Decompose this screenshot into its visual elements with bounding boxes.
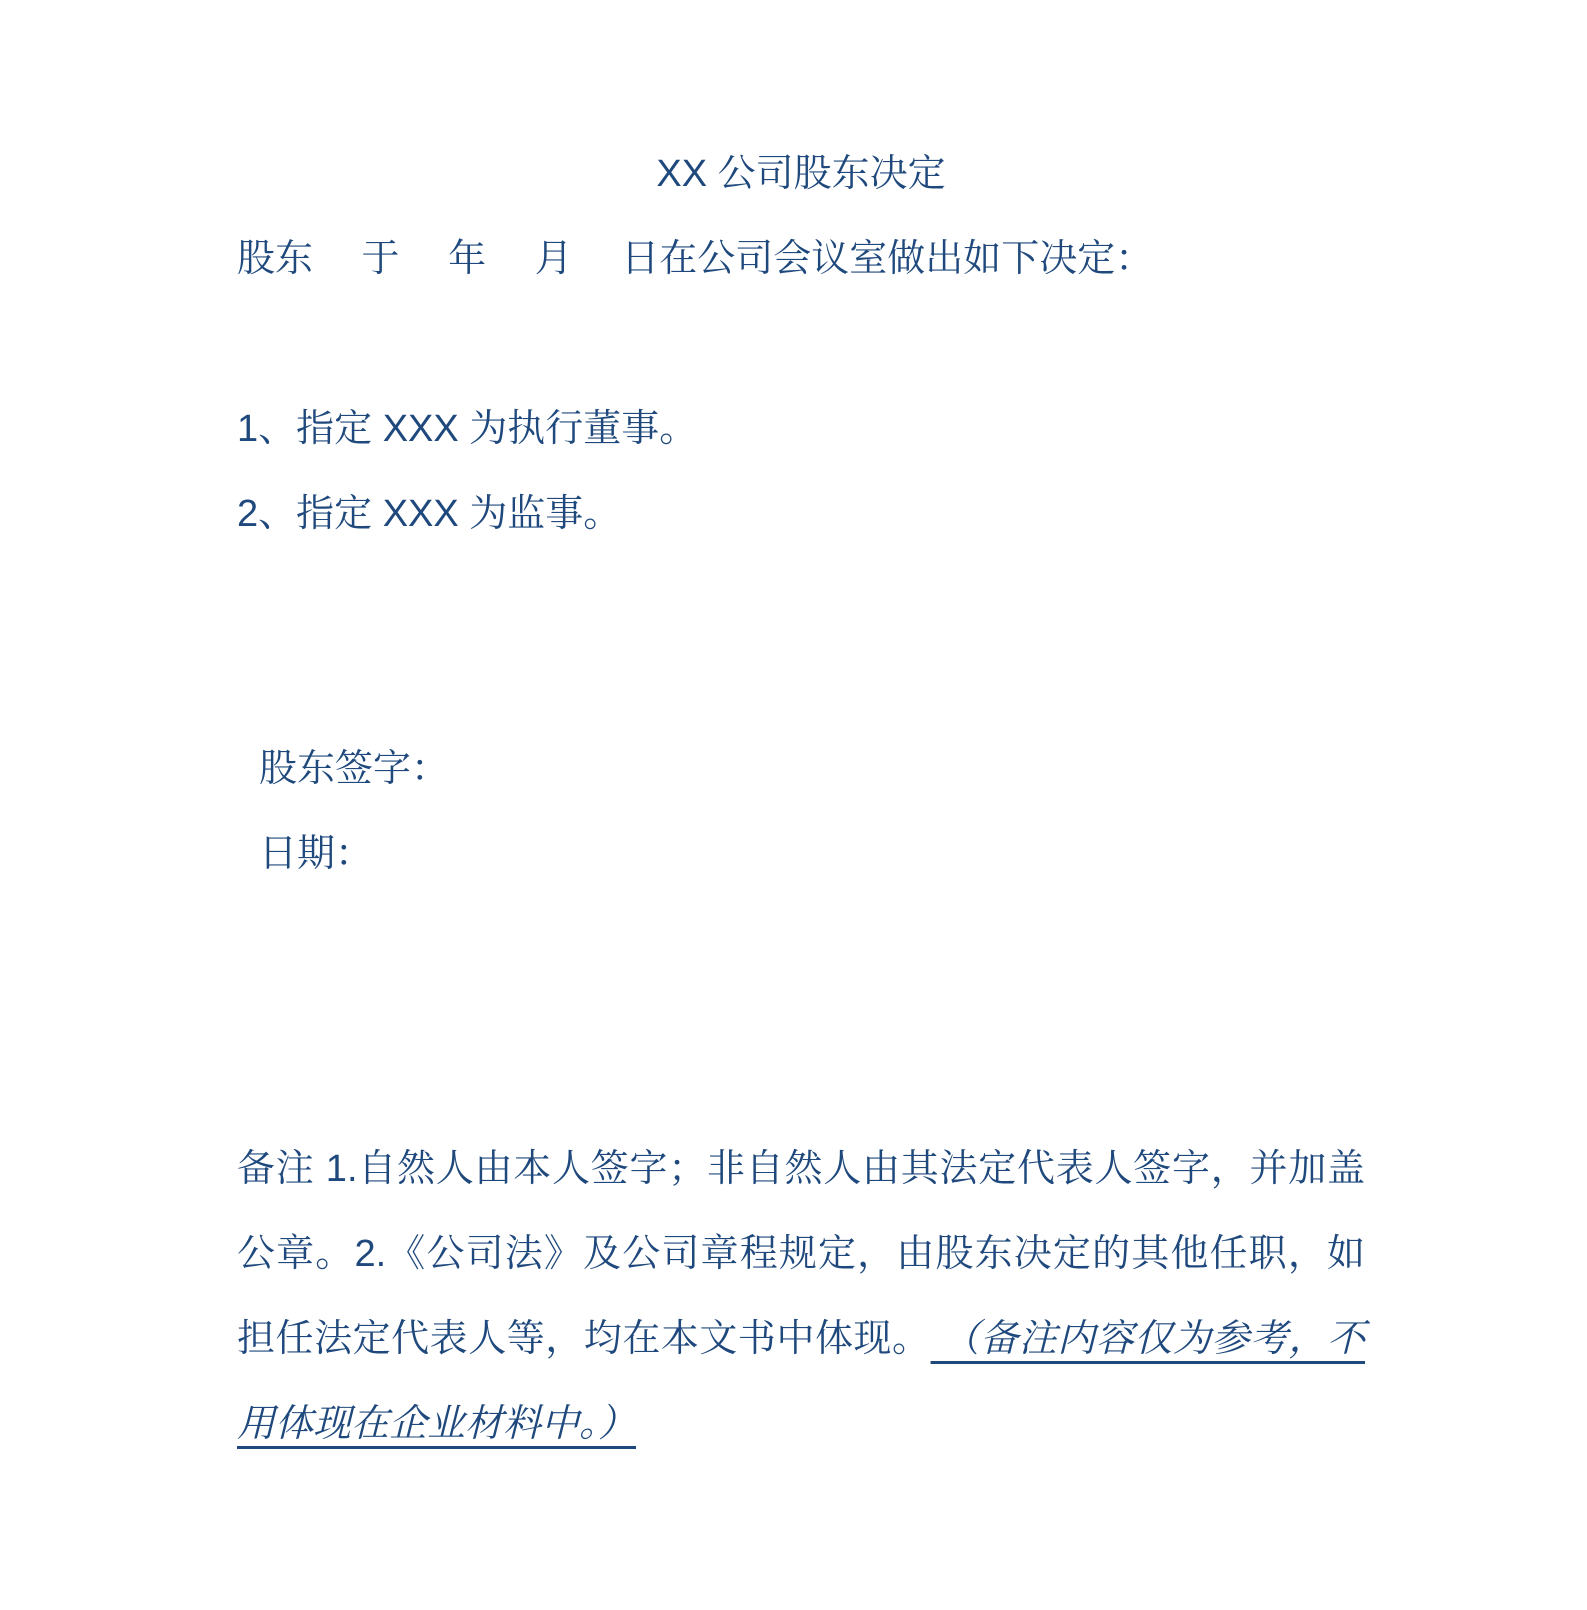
blank-line bbox=[237, 302, 1365, 387]
blank-line bbox=[237, 897, 1365, 1127]
note-paragraph: 备注 1.自然人由本人签字；非自然人由其法定代表人签字，并加盖公章。2.《公司法… bbox=[237, 1127, 1365, 1467]
shareholder-signature-label: 股东签字： bbox=[237, 727, 1365, 812]
blank-line bbox=[237, 557, 1365, 727]
intro-line: 股东 于 年 月 日在公司会议室做出如下决定： bbox=[237, 217, 1365, 302]
decision-item-1: 1、指定 XXX 为执行董事。 bbox=[237, 387, 1365, 472]
document-page: XX 公司股东决定 股东 于 年 月 日在公司会议室做出如下决定： 1、指定 X… bbox=[0, 0, 1587, 1610]
page-title: XX 公司股东决定 bbox=[237, 132, 1365, 217]
date-label: 日期： bbox=[237, 812, 1365, 897]
decision-item-2: 2、指定 XXX 为监事。 bbox=[237, 472, 1365, 557]
